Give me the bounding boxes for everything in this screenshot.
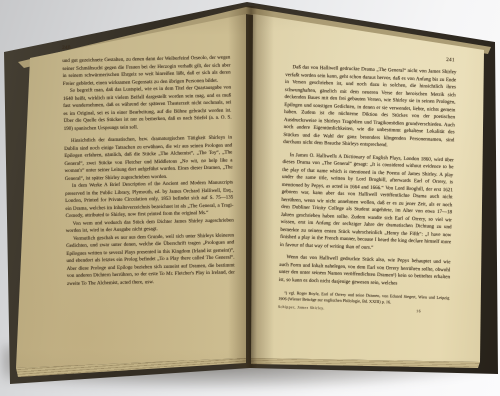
left-paragraph-2: So begreift man, daß das Lustspiel, wie … (63, 84, 232, 133)
left-paragraph-4: In dem Werke A Brief Description of the … (65, 179, 234, 220)
right-page-text: 241 Daß das von Halliwell gedruckte Dram… (278, 52, 457, 315)
right-paragraph-2: In James O. Halliwells A Dictionary of E… (280, 151, 454, 254)
book-gutter-shadow (228, 6, 274, 368)
footnote: ¹) vgl. Roger Boyle, Earl of Orrery und … (278, 290, 449, 307)
left-paragraph-3: Hinsichtlich der dramatischen, bzw. dram… (64, 134, 233, 183)
right-paragraph-3: Wenn das von Halliwell gedruckte Stück a… (279, 254, 451, 289)
left-paragraph-6: Vermutlich geschah es nur aus dem Grunde… (66, 232, 235, 288)
left-paragraph-1: und gut gezeichnete Gestalten, zu denen … (62, 54, 231, 88)
right-paragraph-1: Daß das von Halliwell gedruckte Drama „T… (283, 64, 457, 152)
left-page-text: 240 und gut gezeichnete Gestalten, zu de… (62, 41, 235, 287)
printers-signature-number: 16 (416, 309, 421, 314)
photo-open-book: 240 und gut gezeichnete Gestalten, zu de… (0, 0, 500, 396)
